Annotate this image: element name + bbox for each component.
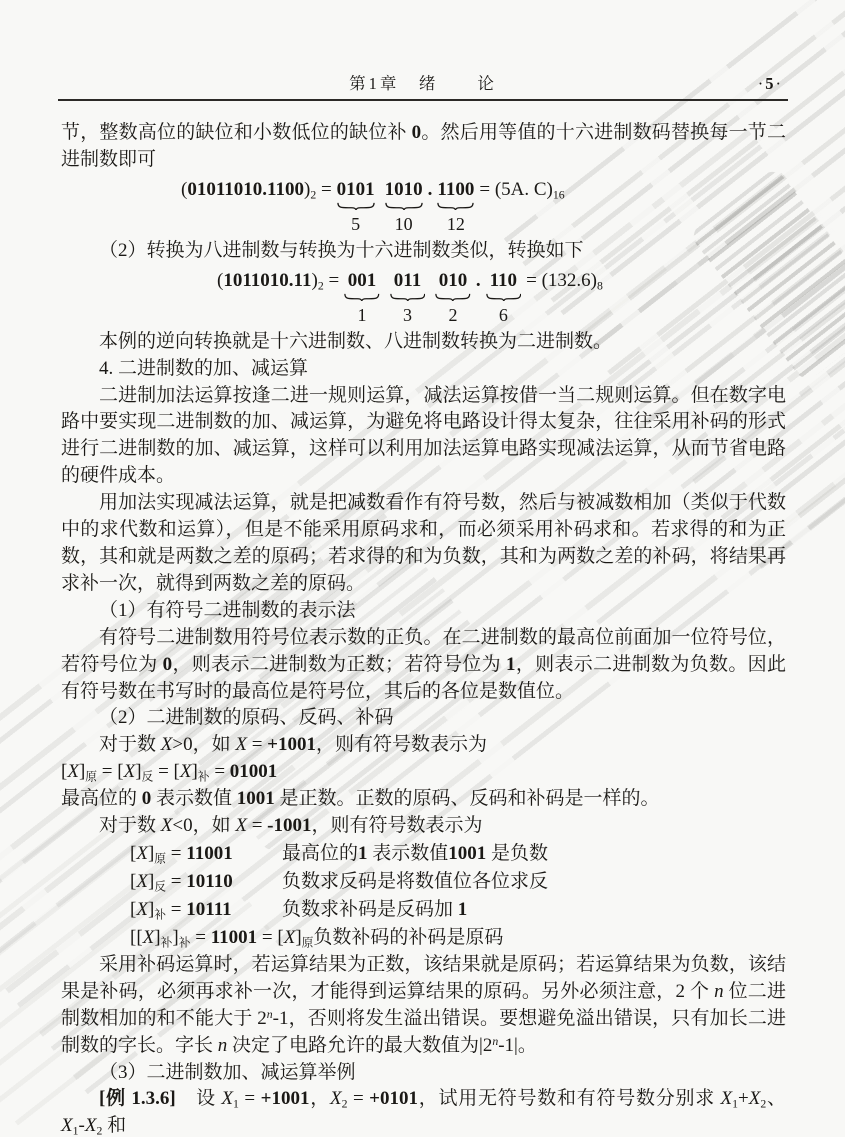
header-rule: [58, 99, 788, 101]
code-equation: [X]补 = 10111: [130, 896, 282, 924]
binary-point: .: [428, 178, 433, 202]
underbrace-group: 1100 12: [437, 178, 474, 236]
formula-lhs: (1011010.11)2 =: [217, 269, 339, 293]
paragraph-complement-operation: 采用补码运算时，若运算结果为正数，该结果就是原码；若运算结果为负数，该结果是补码…: [61, 952, 786, 1060]
code-equation: [X]原 = 11001: [130, 840, 282, 868]
code-note: 最高位的1 表示数值1001 是负数: [282, 840, 548, 868]
formula-lhs: (01011010.1100)2 =: [181, 178, 332, 202]
scanned-textbook-page: 第1章 绪 论 ·5· 节，整数高位的缺位和小数低位的缺位补 0。然后用等值的十…: [0, 0, 845, 1137]
code-row-double-complement: [[X]补]补 = 11001 = [X]原 负数补码的补码是原码: [61, 924, 786, 952]
code-note: 负数补码的补码是原码: [313, 924, 503, 952]
underbrace-icon: [344, 293, 380, 301]
underbrace-group: 0101 5: [337, 178, 375, 236]
underbrace-icon: [337, 202, 375, 210]
formula-rhs: = (5A. C)16: [479, 178, 564, 202]
formula-rhs: = (132.6)8: [526, 269, 603, 293]
paragraph-hex-carry: 节，整数高位的缺位和小数低位的缺位补 0。然后用等值的十六进制数码替换每一节二进…: [61, 120, 786, 174]
paragraph-positive-number: 对于数 X>0，如 X = +1001，则有符号数表示为: [61, 732, 786, 759]
group-decimal-label: 5: [351, 212, 360, 236]
underbrace-icon: [486, 293, 522, 301]
paragraph-positive-note: 最高位的 0 表示数值 1001 是正数。正数的原码、反码和补码是一样的。: [61, 786, 786, 813]
code-row-inverse: [X]反 = 10110 负数求反码是将数值位各位求反: [61, 868, 786, 896]
code-row-original: [X]原 = 11001 最高位的1 表示数值1001 是负数: [61, 840, 786, 868]
paragraph-octal-intro: （2）转换为八进制数与转换为十六进制数类似，转换如下: [61, 238, 786, 265]
code-equation: [[X]补]补 = 11001 = [X]原: [130, 924, 313, 952]
code-row-complement: [X]补 = 10111 负数求补码是反码加 1: [61, 896, 786, 924]
paragraph-negative-number: 对于数 X<0，如 X = -1001，则有符号数表示为: [61, 813, 786, 840]
paragraph-subtraction-method: 用加法实现减法运算，就是把减数看作有符号数，然后与被减数相加（类似于代数中的求代…: [61, 490, 786, 598]
page-number: ·5·: [758, 74, 783, 94]
underbrace-icon: [437, 202, 474, 210]
heading-add-sub-operations: 4. 二进制数的加、减运算: [61, 356, 786, 383]
underbrace-group: 110 6: [486, 269, 522, 327]
paragraph-example-136: [例 1.3.6] 设 X1 = +1001，X2 = +0101，试用无符号数…: [61, 1086, 786, 1137]
paragraph-reverse-conversion: 本例的逆向转换就是十六进制数、八进制数转换为二进制数。: [61, 329, 786, 356]
formula-octal-conversion: (1011010.11)2 = 001 1 011 3 010 2 . 110 …: [217, 269, 786, 327]
chapter-title: 第1章 绪 论: [349, 74, 497, 93]
heading-original-inverse-complement: （2）二进制数的原码、反码、补码: [61, 705, 786, 732]
group-decimal-label: 10: [395, 212, 413, 236]
running-header: 第1章 绪 论 ·5·: [61, 74, 785, 94]
underbrace-icon: [435, 293, 471, 301]
group-decimal-label: 6: [499, 303, 508, 327]
paragraph-sign-bit: 有符号二进制数用符号位表示数的正负。在二进制数的最高位前面加一位符号位，若符号位…: [61, 625, 786, 706]
binary-point: .: [476, 269, 481, 293]
formula-hex-conversion: (01011010.1100)2 = 0101 5 1010 10 . 1100…: [181, 178, 786, 236]
underbrace-group: 001 1: [344, 269, 380, 327]
underbrace-icon: [385, 202, 423, 210]
code-equation: [X]反 = 10110: [130, 868, 282, 896]
paragraph-addition-rules: 二进制加法运算按逢二进一规则运算，减法运算按借一当二规则运算。但在数字电路中要实…: [61, 383, 786, 491]
group-decimal-label: 12: [447, 212, 465, 236]
group-decimal-label: 2: [449, 303, 458, 327]
code-note: 负数求补码是反码加 1: [282, 896, 467, 924]
underbrace-group: 011 3: [390, 269, 426, 327]
heading-operation-examples: （3）二进制数加、减运算举例: [61, 1060, 786, 1087]
code-note: 负数求反码是将数值位各位求反: [282, 868, 548, 896]
underbrace-group: 010 2: [435, 269, 471, 327]
formula-positive-codes: [X]原 = [X]反 = [X]补 = 01001: [61, 759, 786, 786]
underbrace-group: 1010 10: [385, 178, 423, 236]
page-content: 节，整数高位的缺位和小数低位的缺位补 0。然后用等值的十六进制数码替换每一节二进…: [61, 120, 786, 1137]
group-decimal-label: 3: [403, 303, 412, 327]
heading-signed-representation: （1）有符号二进制数的表示法: [61, 598, 786, 625]
underbrace-icon: [390, 293, 426, 301]
group-decimal-label: 1: [357, 303, 366, 327]
